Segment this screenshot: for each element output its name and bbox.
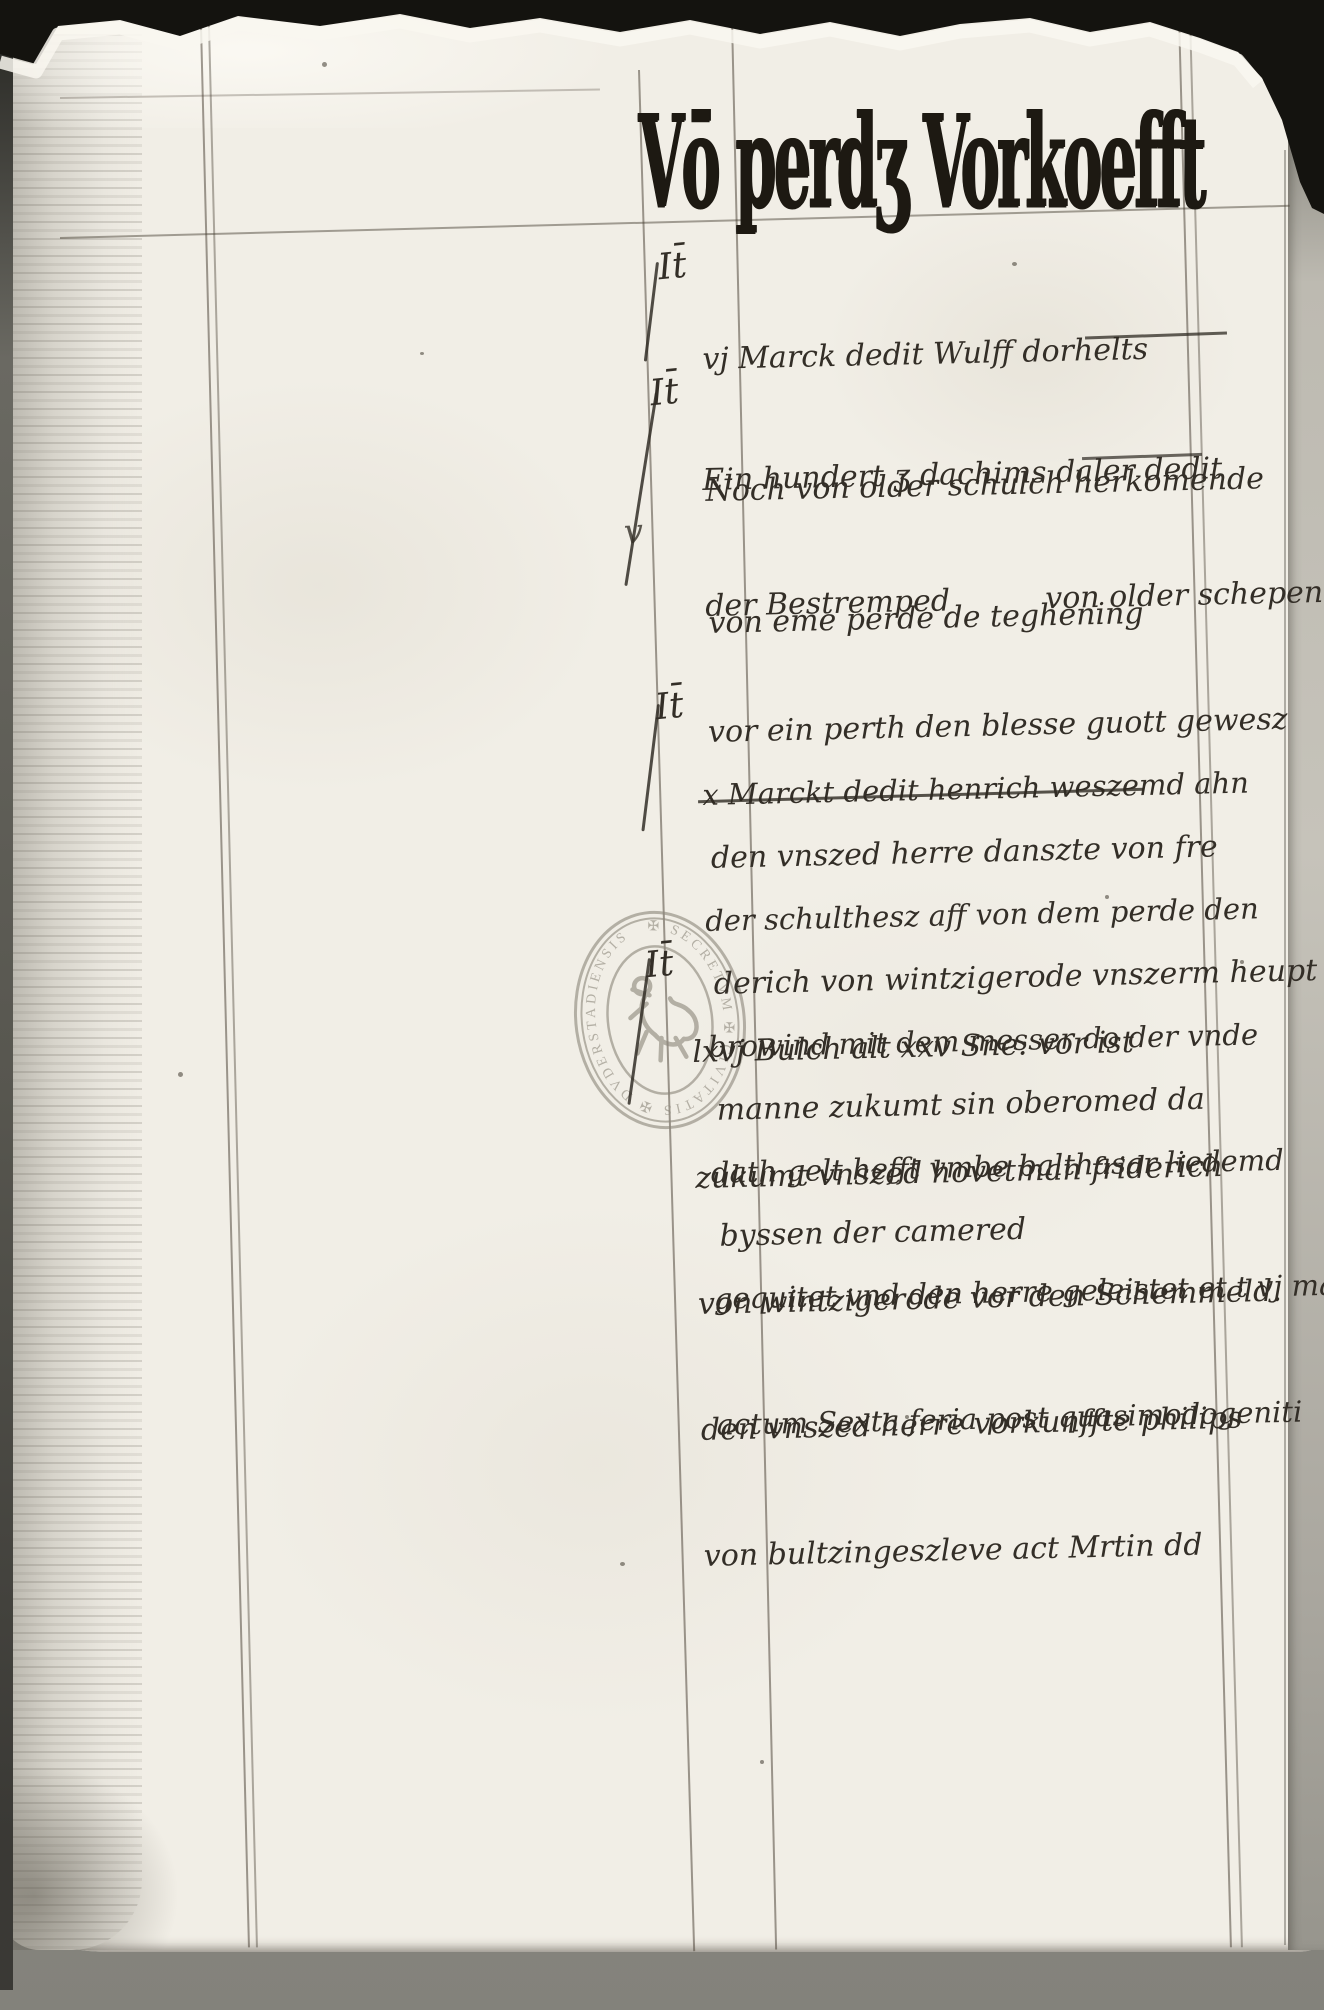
ink-speck [620,1562,625,1566]
entry-item-mark: It̄ [653,685,686,729]
entry-line: der Bestremped von older schepen [705,572,1324,628]
entry-line: zukumt vnszed hovetman friderich [695,1145,1280,1200]
fore-edge-corner-shading [0,1700,190,1950]
book-fore-edge-texture [0,34,142,1950]
ink-speck [178,1072,183,1077]
ledger-entry: lxvj Bulch alt xxv Sne: vor ist zukumt v… [690,935,1289,1620]
entry-item-mark: It̄ [656,245,689,289]
ink-speck [760,1760,764,1764]
entry-line: von bultzingeszleve act Mrtin dd [703,1523,1288,1578]
entry-item-mark: It̄ [643,943,676,987]
ink-speck [420,352,424,355]
entry-line: der schulthesz aff von dem perde den [705,885,1324,942]
entry-line: den vnszed herre vorkunffte philips [700,1397,1285,1452]
margin-checkmark: v [623,511,645,552]
scanned-manuscript-page: { "heading": { "text": "Vō perdʒ Vorkoef… [0,0,1324,2010]
entry-item-mark: It̄ [648,371,681,415]
entry-line: x Marckt dedit henrich weszemd ahn [702,759,1324,816]
entry-line: von wintzigerode vor den Schemmeld. [698,1271,1283,1326]
entry-line: Ein hundert ʒ dachims daler dedit [702,446,1321,502]
entry-line: lxvj Bulch alt xxv Sne: vor ist [692,1019,1277,1074]
left-scan-edge [0,0,13,1990]
top-scan-background [0,0,1324,230]
